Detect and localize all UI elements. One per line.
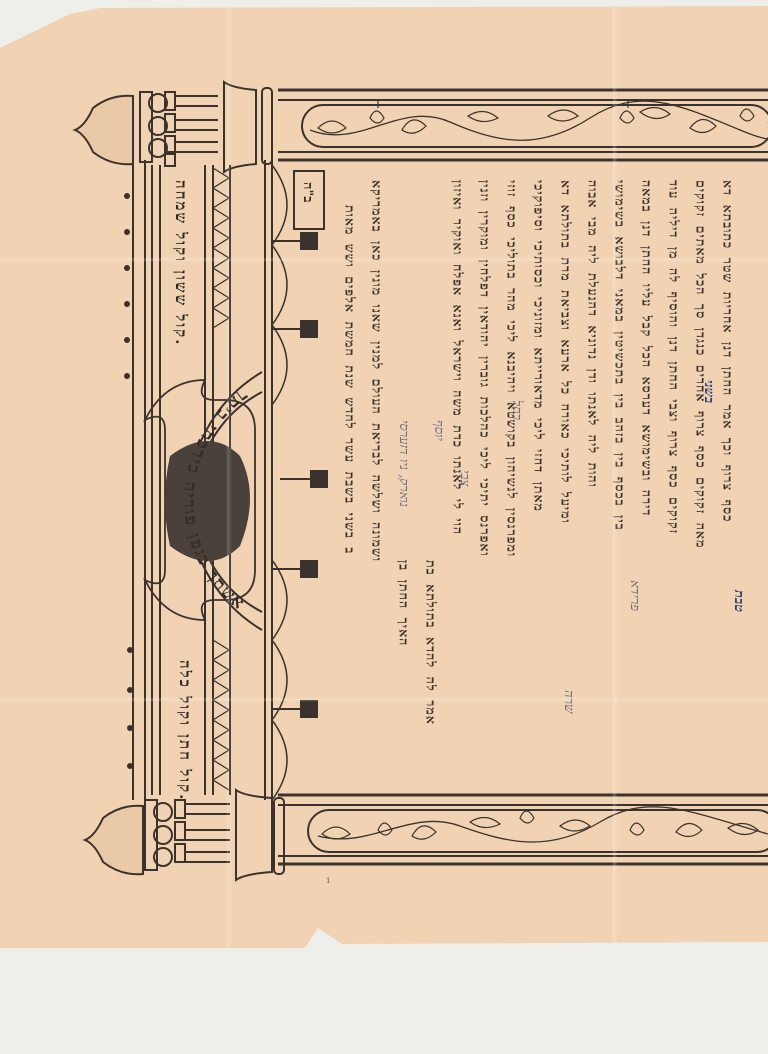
text-column: האיך החתן בן: [397, 560, 410, 646]
handwritten-name: פרידא: [626, 580, 642, 611]
text-column: ושמונה ושלשה לבריאת העולם למנין שאנו מונ…: [370, 180, 383, 562]
handwritten-date: בשני: [700, 380, 716, 403]
text-column: בין בכסף בין בזהב בין בתכשיטין במאני דלב…: [613, 180, 626, 531]
text-column: זקוקים כסף צרוף וצבי החתן דנן והוסיף לה …: [667, 180, 680, 534]
text-column: והות ליה לאנתו ודן נדוניא דהנעלת ליה מבי…: [586, 180, 599, 488]
text-column: ומיעל לותיכי כאורח כל ארעא וצביאת מרת בת…: [559, 180, 572, 524]
blessing-box: ב"ה: [293, 170, 325, 230]
text-column: אמר לה להדא בתולתא בת: [424, 560, 437, 725]
ketubah-page: אשתך כגפן פוריה בירכתי ביתך קול ששון וקו…: [0, 0, 768, 948]
text-column: ואפרנס יתיכי ליכי כהלכות גוברין יהודאין …: [478, 180, 491, 557]
text-column: דירה ובשימושא דערסא הכל קבל עליו החתן דנ…: [640, 180, 653, 516]
handwritten-name: שרה: [560, 690, 576, 713]
blessing-text: ב"ה: [299, 182, 315, 203]
text-column: ומפרנסין לנשיהון בקושטא ויהיבנא ליכי מהר…: [505, 180, 518, 557]
svg-text:אשתך כגפן פוריה בירכתי ביתך: אשתך כגפן פוריה בירכתי ביתך: [179, 385, 252, 615]
handwritten-month: טבת: [730, 590, 746, 612]
text-column: ב בשני בשבת עשר לחדש שנת חמשת אלפים ושש …: [343, 205, 356, 554]
handwritten-name: צבי: [456, 470, 472, 487]
text-column: מאה זקוקים כסף צרוף אחרים כנגדן סך הכל מ…: [694, 180, 707, 548]
handwritten-name: רחל: [508, 400, 524, 420]
decorative-frame: אשתך כגפן פוריה בירכתי ביתך: [0, 0, 768, 948]
handwritten-name: יוסף: [430, 420, 446, 441]
handwritten-place: נוארק, ניו דזערסי: [395, 420, 411, 507]
side-text-top: קול ששון וקול שמחה.: [172, 180, 190, 346]
text-column: מאתן דחזי ליכי מדאורייתא ומזוניכי וכסותי…: [532, 180, 545, 512]
page-mark: 1: [326, 877, 330, 885]
side-text-bottom: קול חתן וקול כלה.: [176, 660, 194, 801]
text-column: כסף צרוף וכך אמר החתן דנן אחריות שטר כתו…: [721, 180, 734, 522]
text-column: הוי לי לאנתו כדת משה וישראל ואנא אפלח וא…: [451, 180, 464, 535]
